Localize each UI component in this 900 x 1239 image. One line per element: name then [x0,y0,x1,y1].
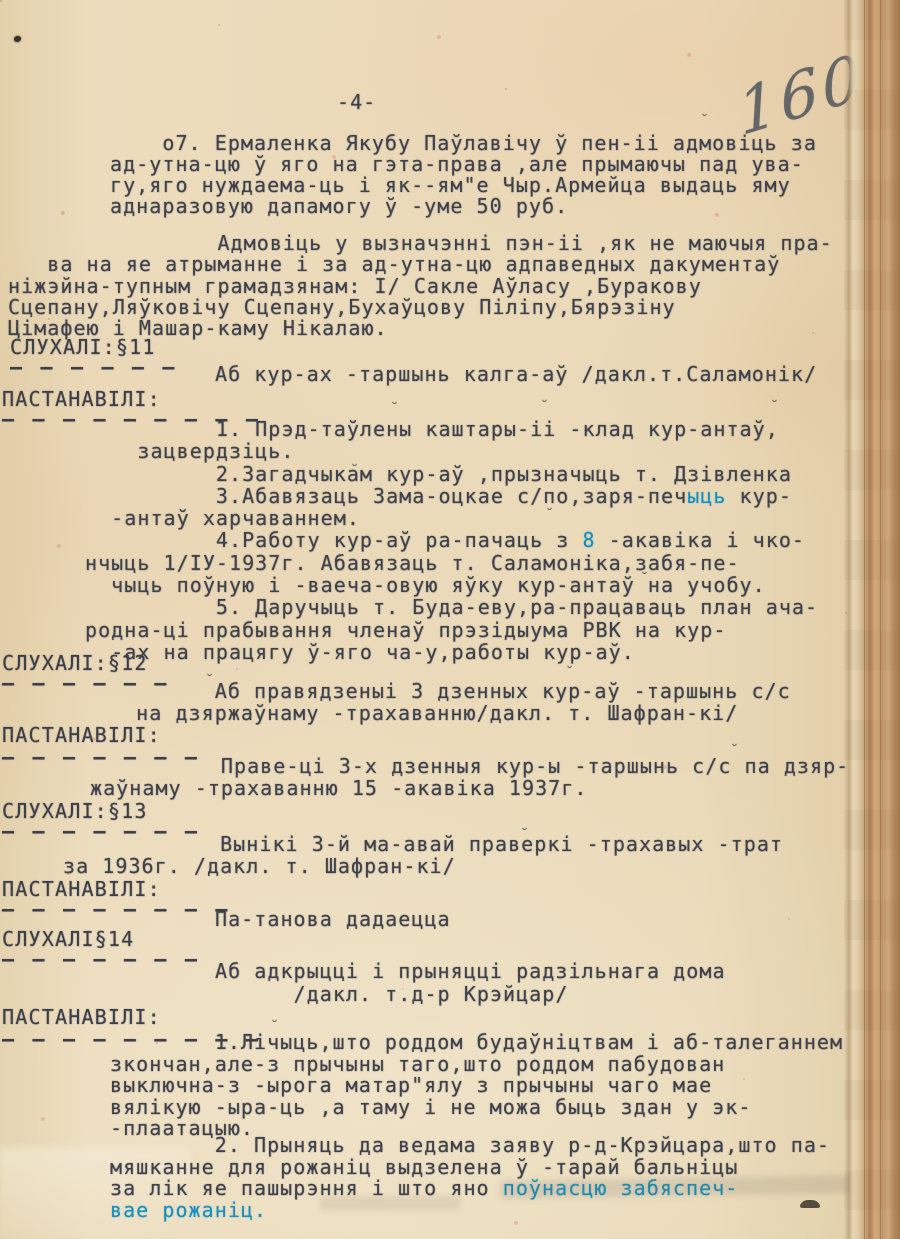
typewriter-breve-artifact: ˘ [390,400,399,418]
agenda-item-14: Аб адкрыцці і прыняцці радзільнага дома … [215,960,726,1005]
typewriter-breve-artifact: ˘ [545,506,554,524]
para-pension-refusals: Адмовіць у вызначэнні пэн-іі ,як не маюч… [8,233,833,339]
typewriter-breve-artifact: ˘ [520,826,529,844]
typewriter-breve-artifact: ˘ [565,664,574,682]
para-item7-pension: о7. Ермаленка Якубу Паўлавічу ў пен-іі а… [110,133,817,217]
typewriter-breve-artifact: ˘ [770,398,779,416]
typewriter-breve-artifact: ˘ [640,570,649,588]
heading-underline-p13: – – – – – – – – [2,898,231,920]
typewriter-breve-artifact: ˘ [270,1018,279,1036]
resolution-11-items: 1. Прэд-таўлены каштары-іі -клад кур-ант… [85,418,818,663]
heading-underline-s14: – – – – – – – [2,948,200,970]
typewriter-breve-artifact: ˘ [205,672,214,690]
scan-page: -4- 160 о7. Ермаленка Якубу Паўлавічу ў … [0,0,900,1239]
typewriter-breve-artifact: ˘ [540,398,549,416]
erased-text-smudge [320,1196,460,1210]
typewriter-breve-artifact: ˘ [350,462,359,480]
typewriter-breve-artifact: ˘ [700,112,709,130]
typewriter-breve-artifact: ˘ [730,742,739,760]
paper-speckles [0,0,2,2]
book-binding-edge [844,0,900,1239]
ink-blot [800,1200,820,1208]
resolution-14-part1: 1.Лічыць,што роддом будаўніцтвам і аб-та… [110,1032,843,1140]
resolution-12: Праве-ці 3-х дзенныя кур-ы -таршынь с/с … [90,755,849,799]
heading-pastanavili-14: ПАСТАНАВІЛІ: [2,1006,161,1028]
agenda-item-11: Аб кур-ах -таршынь калга-аў /дакл.т.Сала… [215,363,817,385]
heading-pastanavili-12: ПАСТАНАВІЛІ: [2,724,161,746]
agenda-item-13: Вынікі 3-й ма-авай праверкі -трахавых -т… [63,833,783,877]
ink-speck [14,36,21,42]
page-number: -4- [337,91,376,113]
resolution-13: Па-танова дадаецца [215,908,451,930]
heading-underline-s11: – – – – – – [10,356,178,378]
